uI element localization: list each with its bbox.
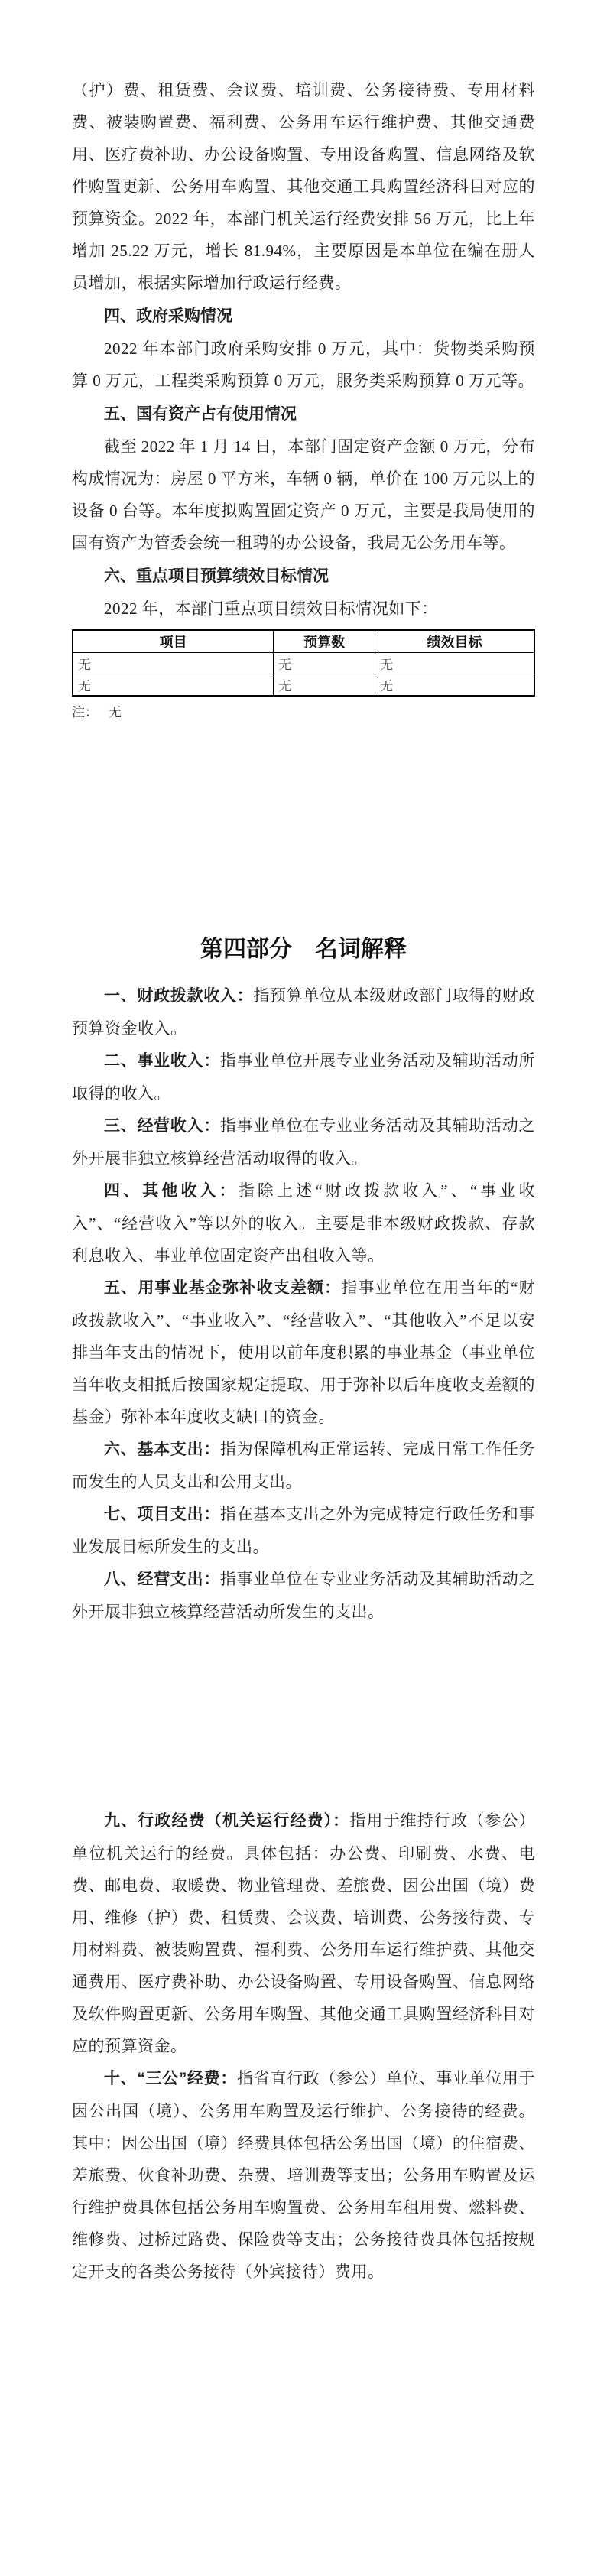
section-heading-government-procurement: 四、政府采购情况 [72, 300, 535, 333]
table-row: 无 无 无 [73, 653, 534, 674]
glossary-item-fiscal-appropriation-income: 一、财政拨款收入：指预算单位从本级财政部门取得的财政预算资金收入。 [72, 979, 535, 1044]
document-page-1: （护）费、租赁费、会议费、培训费、公务接待费、专用材料费、被装购置费、福利费、公… [0, 0, 607, 859]
glossary-definition: 指用于维持行政（参公）单位机关运行的经费。具体包括：办公费、印刷费、水费、电费、… [72, 1811, 535, 2055]
section-paragraph-government-procurement: 2022 年本部门政府采购安排 0 万元，其中：货物类采购预算 0 万元，工程类… [72, 333, 535, 397]
table-header-budget: 预算数 [274, 630, 375, 653]
table-cell: 无 [73, 653, 274, 674]
glossary-term: 二、事业收入： [104, 1052, 220, 1070]
section-paragraph-state-assets: 截至 2022 年 1 月 14 日，本部门固定资产金额 0 万元，分布构成情况… [72, 430, 535, 559]
glossary-term: 五、用事业基金弥补收支差额： [104, 1279, 341, 1297]
glossary-item-project-expenditure: 七、项目支出：指在基本支出之外为完成特定行政任务和事业发展目标所发生的支出。 [72, 1498, 535, 1563]
glossary-definition: 指事业单位在用当年的“财政拨款收入”、“事业收入”、“经营收入”、“其他收入”不… [72, 1278, 535, 1426]
part4-title: 第四部分 名词解释 [72, 932, 535, 967]
glossary-term: 七、项目支出： [104, 1506, 220, 1523]
table-cell: 无 [375, 653, 534, 674]
table-header-project: 项目 [73, 630, 274, 653]
glossary-definition: 指省直行政（参公）单位、事业单位用于因公出国（境）、公务用车购置及运行维护、公务… [72, 2069, 535, 2281]
table-header-target: 绩效目标 [375, 630, 534, 653]
continuation-paragraph: （护）费、租赁费、会议费、培训费、公务接待费、专用材料费、被装购置费、福利费、公… [72, 74, 535, 299]
glossary-item-fund-deficit-补差: 五、用事业基金弥补收支差额：指事业单位在用当年的“财政拨款收入”、“事业收入”、… [72, 1272, 535, 1433]
section-heading-state-assets: 五、国有资产占有使用情况 [72, 398, 535, 430]
table-note-label: 注： [72, 705, 98, 720]
glossary-item-operating-income: 三、经营收入：指事业单位在专业业务活动及其辅助活动之外开展非独立核算经营活动取得… [72, 1109, 535, 1174]
glossary-item-operating-expenditure: 八、经营支出：指事业单位在专业业务活动及其辅助活动之外开展非独立核算经营活动所发… [72, 1563, 535, 1628]
table-row: 无 无 无 [73, 674, 534, 697]
glossary-term: 六、基本支出： [104, 1441, 220, 1458]
glossary-item-other-income: 四、其他收入：指除上述“财政拨款收入”、“事业收入”、“经营收入”等以外的收入。… [72, 1174, 535, 1272]
table-note-value: 无 [109, 705, 122, 720]
table-cell: 无 [73, 674, 274, 697]
table-header-row: 项目 预算数 绩效目标 [73, 630, 534, 653]
document-page-2: 第四部分 名词解释 一、财政拨款收入：指预算单位从本级财政部门取得的财政预算资金… [0, 859, 607, 1717]
glossary-item-institutional-income: 二、事业收入：指事业单位开展专业业务活动及辅助活动所取得的收入。 [72, 1044, 535, 1109]
table-note: 注：无 [72, 704, 535, 721]
table-cell: 无 [274, 653, 375, 674]
section-paragraph-key-projects: 2022 年，本部门重点项目绩效目标情况如下： [72, 593, 535, 625]
glossary-term: 一、财政拨款收入： [104, 987, 253, 1005]
section-heading-key-projects: 六、重点项目预算绩效目标情况 [72, 560, 535, 593]
glossary-item-three-public-funds: 十、“三公”经费：指省直行政（参公）单位、事业单位用于因公出国（境）、公务用车购… [72, 2062, 535, 2288]
glossary-term: 三、经营收入： [104, 1117, 220, 1135]
table-cell: 无 [375, 674, 534, 697]
glossary-term: 十、“三公”经费： [104, 2070, 237, 2087]
performance-table: 项目 预算数 绩效目标 无 无 无 无 无 无 [72, 629, 535, 697]
glossary-term: 八、经营支出： [104, 1571, 220, 1588]
table-cell: 无 [274, 674, 375, 697]
glossary-item-administrative-funds: 九、行政经费（机关运行经费）：指用于维持行政（参公）单位机关运行的经费。具体包括… [72, 1804, 535, 2062]
glossary-item-basic-expenditure: 六、基本支出：指为保障机构正常运转、完成日常工作任务而发生的人员支出和公用支出。 [72, 1433, 535, 1498]
document-page-3: 九、行政经费（机关运行经费）：指用于维持行政（参公）单位机关运行的经费。具体包括… [0, 1717, 607, 2576]
glossary-term: 九、行政经费（机关运行经费）： [104, 1812, 349, 1830]
glossary-term: 四、其他收入： [104, 1182, 239, 1200]
